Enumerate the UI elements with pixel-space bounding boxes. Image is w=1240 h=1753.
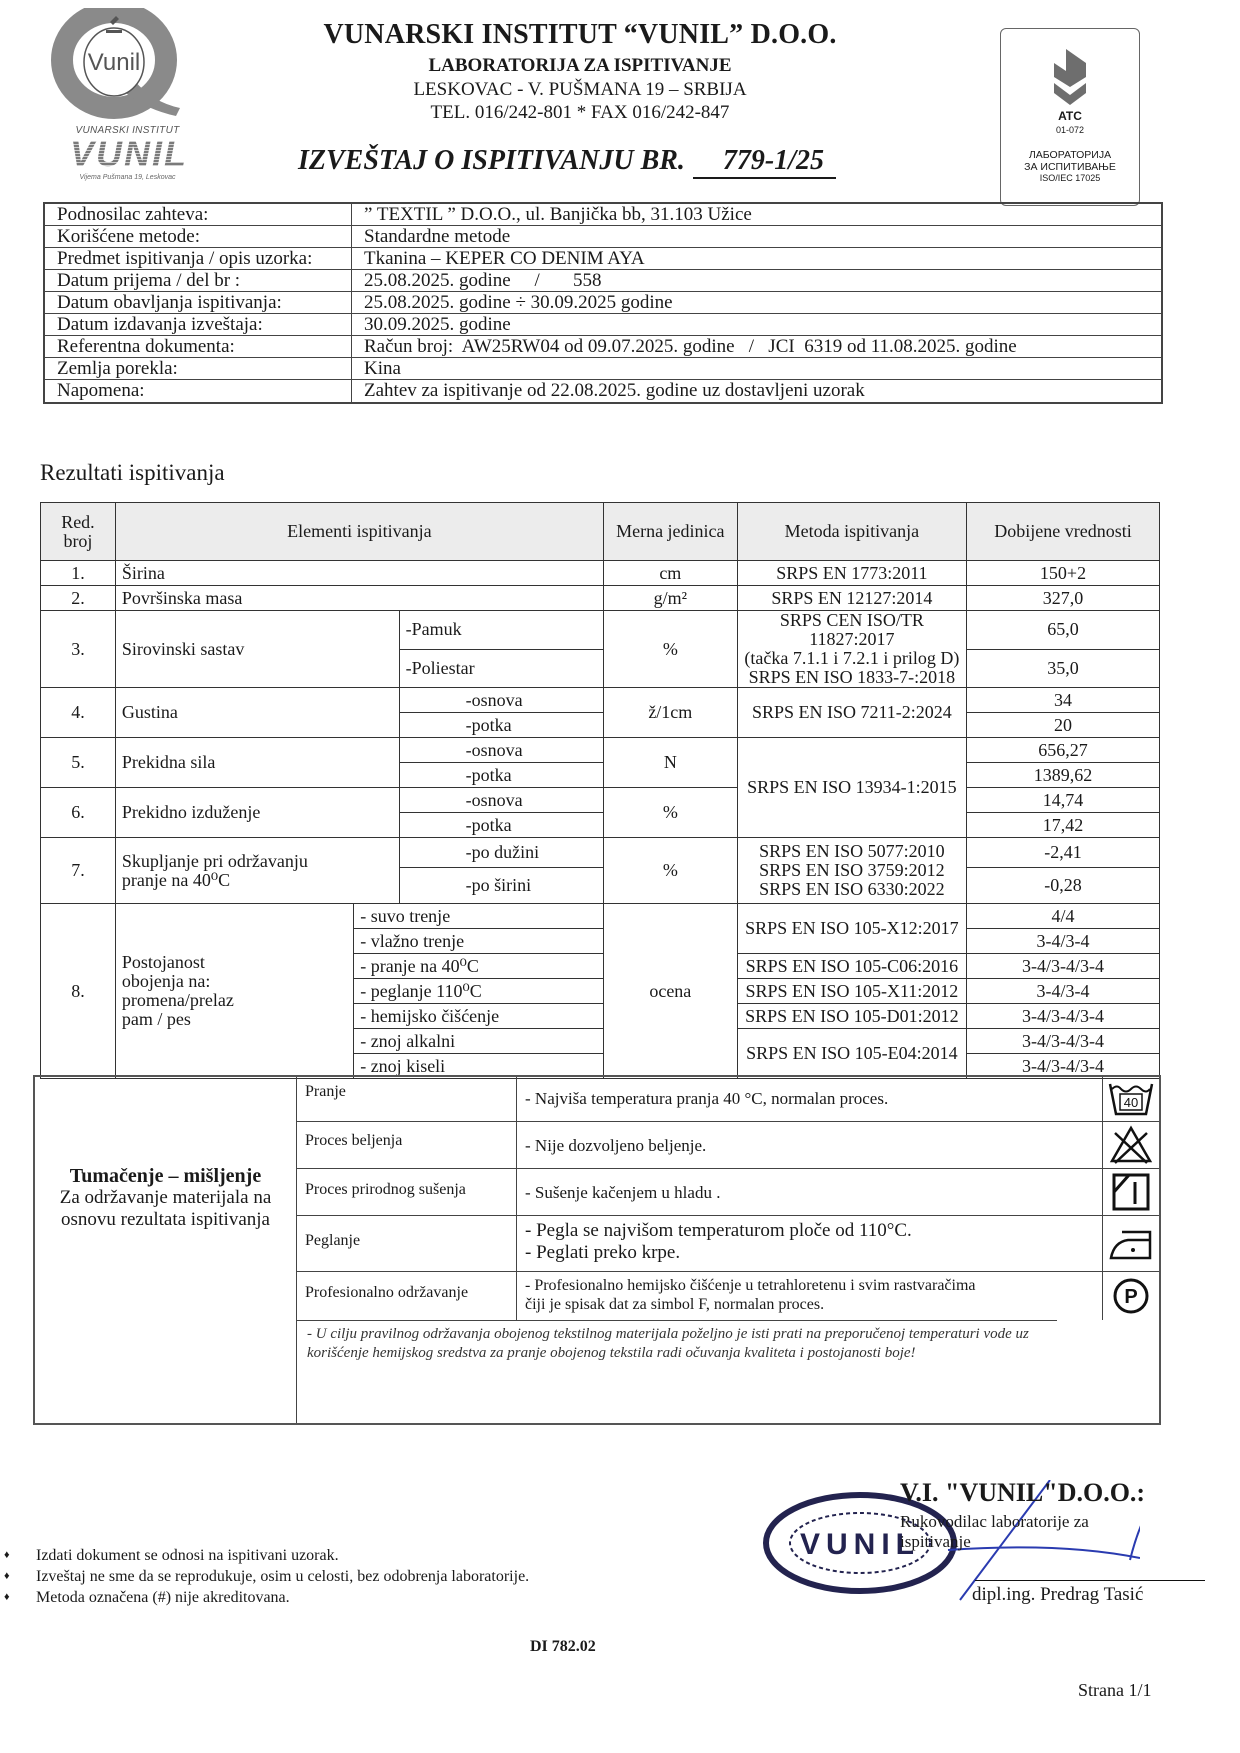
info-row: Datum prijema / del br :25.08.2025. godi…	[45, 270, 1161, 292]
accreditation-badge: ATC 01-072 ЛАБОРАТОРИЈА ЗА ИСПИТИВАЊЕ IS…	[1000, 28, 1140, 206]
footer-note: Metoda označena (#) nije akreditovana.	[0, 1587, 680, 1608]
signatory-name: dipl.ing. Predrag Tasić	[972, 1584, 1143, 1606]
care-row-bleaching: Proces beljenja - Nije dozvoljeno beljen…	[297, 1122, 1159, 1169]
table-row: 4. Gustina -osnova ž/1cm SRPS EN ISO 721…	[41, 688, 1160, 713]
care-description: - Profesionalno hemijsko čišćenje u tetr…	[517, 1272, 1103, 1320]
interpretation-section: Tumačenje – mišljenje Za održavanje mate…	[33, 1075, 1161, 1425]
info-label: Zemlja porekla:	[45, 358, 352, 379]
element-name-line: pranje na 40⁰C	[122, 871, 393, 890]
element-name: Prekidno izduženje	[115, 788, 399, 838]
method: SRPS EN ISO 13934-1:2015	[737, 738, 966, 838]
method: SRPS EN 1773:2011	[737, 561, 966, 586]
institute-contact: TEL. 016/242-801 * FAX 016/242-847	[300, 101, 860, 124]
signatory-organization: V.I. "VUNIL"D.O.O.:	[900, 1478, 1145, 1508]
unit: %	[603, 838, 737, 904]
unit: ocena	[603, 904, 737, 1079]
value: 1389,62	[967, 763, 1160, 788]
interpretation-subtitle: Za održavanje materijala na	[35, 1187, 296, 1209]
info-label: Napomena:	[45, 380, 352, 402]
info-label: Referentna dokumenta:	[45, 336, 352, 357]
element-name-line: Postojanost	[122, 953, 347, 972]
value: 20	[967, 713, 1160, 738]
element-name-line: promena/prelaz	[122, 991, 347, 1010]
info-row: Zemlja porekla:Kina	[45, 358, 1161, 380]
method-line: SRPS CEN ISO/TR 11827:2017	[744, 611, 960, 649]
col-header-unit: Merna jedinica	[603, 503, 737, 561]
line-dry-shade-icon	[1103, 1169, 1159, 1215]
value: 656,27	[967, 738, 1160, 763]
method: SRPS EN ISO 105-E04:2014	[737, 1029, 966, 1079]
unit: %	[603, 611, 737, 688]
lab-name: LABORATORIJA ZA ISPITIVANJE	[300, 54, 860, 78]
care-instructions: Pranje - Najviša temperatura pranja 40 °…	[297, 1077, 1159, 1320]
sub-element: -Poliestar	[399, 649, 603, 688]
care-description: - Sušenje kačenjem u hladu .	[517, 1169, 1103, 1215]
care-row-professional: Profesionalno održavanje - Profesionalno…	[297, 1272, 1159, 1320]
vunil-logo: Vunil VUNARSKI INSTITUT VUNIL Vijema Puš…	[40, 8, 200, 178]
care-description: - Nije dozvoljeno beljenje.	[517, 1122, 1103, 1168]
value: 3-4/3-4/3-4	[967, 954, 1160, 979]
row-number: 4.	[41, 688, 116, 738]
table-row: 3. Sirovinski sastav -Pamuk % SRPS CEN I…	[41, 611, 1160, 650]
request-info-table: Podnosilac zahteva:” TEXTIL ” D.O.O., ul…	[43, 202, 1163, 404]
institute-title: VUNARSKI INSTITUT “VUNIL” D.O.O.	[300, 18, 860, 52]
sub-element: - suvo trenje	[354, 904, 604, 929]
care-row-ironing: Peglanje - Pegla se najvišom temperaturo…	[297, 1216, 1159, 1272]
value: 17,42	[967, 813, 1160, 838]
info-label: Datum obavljanja ispitivanja:	[45, 292, 352, 313]
row-number: 2.	[41, 586, 116, 611]
value: 65,0	[967, 611, 1160, 650]
sub-element: -osnova	[399, 738, 603, 763]
info-value: 25.08.2025. godine ÷ 30.09.2025 godine	[352, 292, 1161, 313]
care-note: - U cilju pravilnog održavanja obojenog …	[297, 1320, 1057, 1367]
logo-brand-text: VUNIL	[44, 136, 214, 172]
sub-element: -Pamuk	[399, 611, 603, 650]
sub-element: -osnova	[399, 688, 603, 713]
results-table: Red. broj Elementi ispitivanja Merna jed…	[40, 502, 1160, 1079]
info-row: Podnosilac zahteva:” TEXTIL ” D.O.O., ul…	[45, 204, 1161, 226]
page-number: Strana 1/1	[1078, 1680, 1152, 1701]
no-bleach-icon	[1103, 1122, 1159, 1168]
care-category: Pranje	[297, 1077, 517, 1121]
method: SRPS EN ISO 105-C06:2016	[737, 954, 966, 979]
table-row: 2. Površinska masa g/m² SRPS EN 12127:20…	[41, 586, 1160, 611]
element-name: Sirovinski sastav	[115, 611, 399, 688]
col-header-method: Metoda ispitivanja	[737, 503, 966, 561]
logo-address-text: Vijema Pušmana 19, Leskovac	[40, 174, 215, 181]
care-row-drying: Proces prirodnog sušenja - Sušenje kačen…	[297, 1169, 1159, 1216]
row-number: 8.	[41, 904, 116, 1079]
sub-element: -potka	[399, 713, 603, 738]
value: 14,74	[967, 788, 1160, 813]
element-name-line: Skupljanje pri održavanju	[122, 852, 393, 871]
report-label: IZVEŠTAJ O ISPITIVANJU BR.	[298, 145, 685, 176]
atc-name: ATC	[1001, 109, 1139, 123]
value: 3-4/3-4/3-4	[967, 1004, 1160, 1029]
value: 3-4/3-4/3-4	[967, 1029, 1160, 1054]
info-value: Tkanina – KEPER CO DENIM AYA	[352, 248, 1161, 269]
method: SRPS EN 12127:2014	[737, 586, 966, 611]
table-header-row: Red. broj Elementi ispitivanja Merna jed…	[41, 503, 1160, 561]
row-number: 6.	[41, 788, 116, 838]
care-description-line: - Pegla se najvišom temperaturom ploče o…	[525, 1220, 1094, 1242]
care-description: - Najviša temperatura pranja 40 °C, norm…	[517, 1077, 1103, 1121]
row-number: 3.	[41, 611, 116, 688]
method: SRPS EN ISO 7211-2:2024	[737, 688, 966, 738]
value: 327,0	[967, 586, 1160, 611]
value: 150+2	[967, 561, 1160, 586]
atc-lab-line2: ЗА ИСПИТИВАЊЕ	[1001, 161, 1139, 173]
letterhead: VUNARSKI INSTITUT “VUNIL” D.O.O. LABORAT…	[300, 18, 860, 124]
info-label: Datum izdavanja izveštaja:	[45, 314, 352, 335]
interpretation-heading: Tumačenje – mišljenje Za održavanje mate…	[35, 1077, 297, 1423]
sub-element: -po širini	[399, 868, 603, 904]
col-header-no: Red. broj	[41, 503, 116, 561]
svg-text:P: P	[1124, 1286, 1137, 1308]
info-value: Kina	[352, 358, 1161, 379]
info-value: 30.09.2025. godine	[352, 314, 1161, 335]
value: 4/4	[967, 904, 1160, 929]
method-line: SRPS EN ISO 6330:2022	[744, 880, 960, 899]
table-row: 8. Postojanost obojenja na: promena/prel…	[41, 904, 1160, 929]
wash-40-icon: 40	[1103, 1077, 1159, 1121]
element-name-line: obojenja na:	[122, 972, 347, 991]
method: SRPS EN ISO 105-X11:2012	[737, 979, 966, 1004]
method: SRPS EN ISO 105-D01:2012	[737, 1004, 966, 1029]
info-value: Račun broj: AW25RW04 od 09.07.2025. godi…	[352, 336, 1161, 357]
value: 3-4/3-4	[967, 929, 1160, 954]
value: -2,41	[967, 838, 1160, 868]
element-name: Skupljanje pri održavanju pranje na 40⁰C	[115, 838, 399, 904]
svg-text:40: 40	[1124, 1095, 1138, 1110]
element-name: Površinska masa	[115, 586, 603, 611]
unit: g/m²	[603, 586, 737, 611]
atc-number: 01-072	[1001, 125, 1139, 135]
unit: N	[603, 738, 737, 788]
method-line: SRPS EN ISO 3759:2012	[744, 861, 960, 880]
info-row: Referentna dokumenta:Račun broj: AW25RW0…	[45, 336, 1161, 358]
info-row: Korišćene metode:Standardne metode	[45, 226, 1161, 248]
atc-emblem-icon	[1050, 35, 1090, 105]
interpretation-title: Tumačenje – mišljenje	[35, 1165, 296, 1187]
signature-line	[975, 1580, 1205, 1581]
element-name: Širina	[115, 561, 603, 586]
info-label: Datum prijema / del br :	[45, 270, 352, 291]
sub-element: - pranje na 40⁰C	[354, 954, 604, 979]
info-label: Podnosilac zahteva:	[45, 204, 352, 225]
care-description: - Pegla se najvišom temperaturom ploče o…	[517, 1216, 1103, 1271]
care-row-washing: Pranje - Najviša temperatura pranja 40 °…	[297, 1077, 1159, 1122]
signature-block: VUNIL V.I. "VUNIL"D.O.O.: Rukovodilac la…	[760, 1460, 1160, 1620]
results-section-title: Rezultati ispitivanja	[40, 460, 225, 486]
info-value: Zahtev za ispitivanje od 22.08.2025. god…	[352, 380, 1161, 402]
report-number: 779-1/25	[693, 145, 836, 179]
value: 34	[967, 688, 1160, 713]
info-value: ” TEXTIL ” D.O.O., ul. Banjička bb, 31.1…	[352, 204, 1161, 225]
element-name: Prekidna sila	[115, 738, 399, 788]
atc-standard: ISO/IEC 17025	[1001, 173, 1139, 183]
value: 3-4/3-4	[967, 979, 1160, 1004]
info-row: Datum izdavanja izveštaja:30.09.2025. go…	[45, 314, 1161, 336]
unit: %	[603, 788, 737, 838]
col-header-value: Dobijene vrednosti	[967, 503, 1160, 561]
table-row: 1. Širina cm SRPS EN 1773:2011 150+2	[41, 561, 1160, 586]
info-value: 25.08.2025. godine / 558	[352, 270, 1161, 291]
care-description-line: - Profesionalno hemijsko čišćenje u tetr…	[525, 1276, 1094, 1295]
unit: ž/1cm	[603, 688, 737, 738]
svg-text:Vunil: Vunil	[88, 49, 140, 76]
row-number: 1.	[41, 561, 116, 586]
element-name: Gustina	[115, 688, 399, 738]
info-value: Standardne metode	[352, 226, 1161, 247]
row-number: 5.	[41, 738, 116, 788]
info-label: Predmet ispitivanja / opis uzorka:	[45, 248, 352, 269]
method: SRPS CEN ISO/TR 11827:2017 (tačka 7.1.1 …	[737, 611, 966, 688]
signatory-role: Rukovodilac laboratorije za ispitivanje	[900, 1512, 1160, 1552]
iron-low-icon	[1103, 1216, 1159, 1271]
sub-element: - hemijsko čišćenje	[354, 1004, 604, 1029]
element-name: Postojanost obojenja na: promena/prelaz …	[115, 904, 353, 1079]
method: SRPS EN ISO 5077:2010 SRPS EN ISO 3759:2…	[737, 838, 966, 904]
care-description-line: - Peglati preko krpe.	[525, 1242, 1094, 1264]
unit: cm	[603, 561, 737, 586]
sub-element: -po dužini	[399, 838, 603, 868]
footer-note: Izdati dokument se odnosi na ispitivani …	[0, 1545, 680, 1566]
sub-element: -osnova	[399, 788, 603, 813]
row-number: 7.	[41, 838, 116, 904]
value: 35,0	[967, 649, 1160, 688]
col-header-element: Elementi ispitivanja	[115, 503, 603, 561]
sub-element: -potka	[399, 813, 603, 838]
table-row: 5. Prekidna sila -osnova N SRPS EN ISO 1…	[41, 738, 1160, 763]
footer-note: Izveštaj ne sme da se reprodukuje, osim …	[0, 1566, 680, 1587]
report-number-heading: IZVEŠTAJ O ISPITIVANJU BR.779-1/25	[298, 145, 836, 179]
footer-notes: Izdati dokument se odnosi na ispitivani …	[0, 1545, 680, 1608]
document-code: DI 782.02	[530, 1638, 596, 1656]
info-row: Napomena:Zahtev za ispitivanje od 22.08.…	[45, 380, 1161, 402]
atc-lab-line1: ЛАБОРАТОРИЈА	[1001, 149, 1139, 161]
care-category: Profesionalno održavanje	[297, 1272, 517, 1320]
q-logo-icon: Vunil	[48, 8, 198, 123]
institute-address: LESKOVAC - V. PUŠMANA 19 – SRBIJA	[300, 78, 860, 101]
sub-element: -potka	[399, 763, 603, 788]
care-category: Peglanje	[297, 1216, 517, 1271]
value: -0,28	[967, 868, 1160, 904]
info-row: Datum obavljanja ispitivanja:25.08.2025.…	[45, 292, 1161, 314]
table-row: 6. Prekidno izduženje -osnova % 14,74	[41, 788, 1160, 813]
care-category: Proces beljenja	[297, 1122, 517, 1168]
care-description-line: čiji je spisak dat za simbol F, normalan…	[525, 1295, 1094, 1314]
sub-element: - vlažno trenje	[354, 929, 604, 954]
element-name-line: pam / pes	[122, 1010, 347, 1029]
method-line: (tačka 7.1.1 i 7.2.1 i prilog D)	[744, 649, 960, 668]
sub-element: - peglanje 110⁰C	[354, 979, 604, 1004]
method: SRPS EN ISO 105-X12:2017	[737, 904, 966, 954]
table-row: 7. Skupljanje pri održavanju pranje na 4…	[41, 838, 1160, 868]
care-category: Proces prirodnog sušenja	[297, 1169, 517, 1215]
method-line: SRPS EN ISO 5077:2010	[744, 842, 960, 861]
sub-element: - znoj alkalni	[354, 1029, 604, 1054]
dry-clean-p-icon: P	[1103, 1272, 1159, 1320]
interpretation-subtitle: osnovu rezultata ispitivanja	[35, 1209, 296, 1231]
method-line: SRPS EN ISO 1833-7-:2018	[744, 668, 960, 687]
info-label: Korišćene metode:	[45, 226, 352, 247]
info-row: Predmet ispitivanja / opis uzorka:Tkanin…	[45, 248, 1161, 270]
